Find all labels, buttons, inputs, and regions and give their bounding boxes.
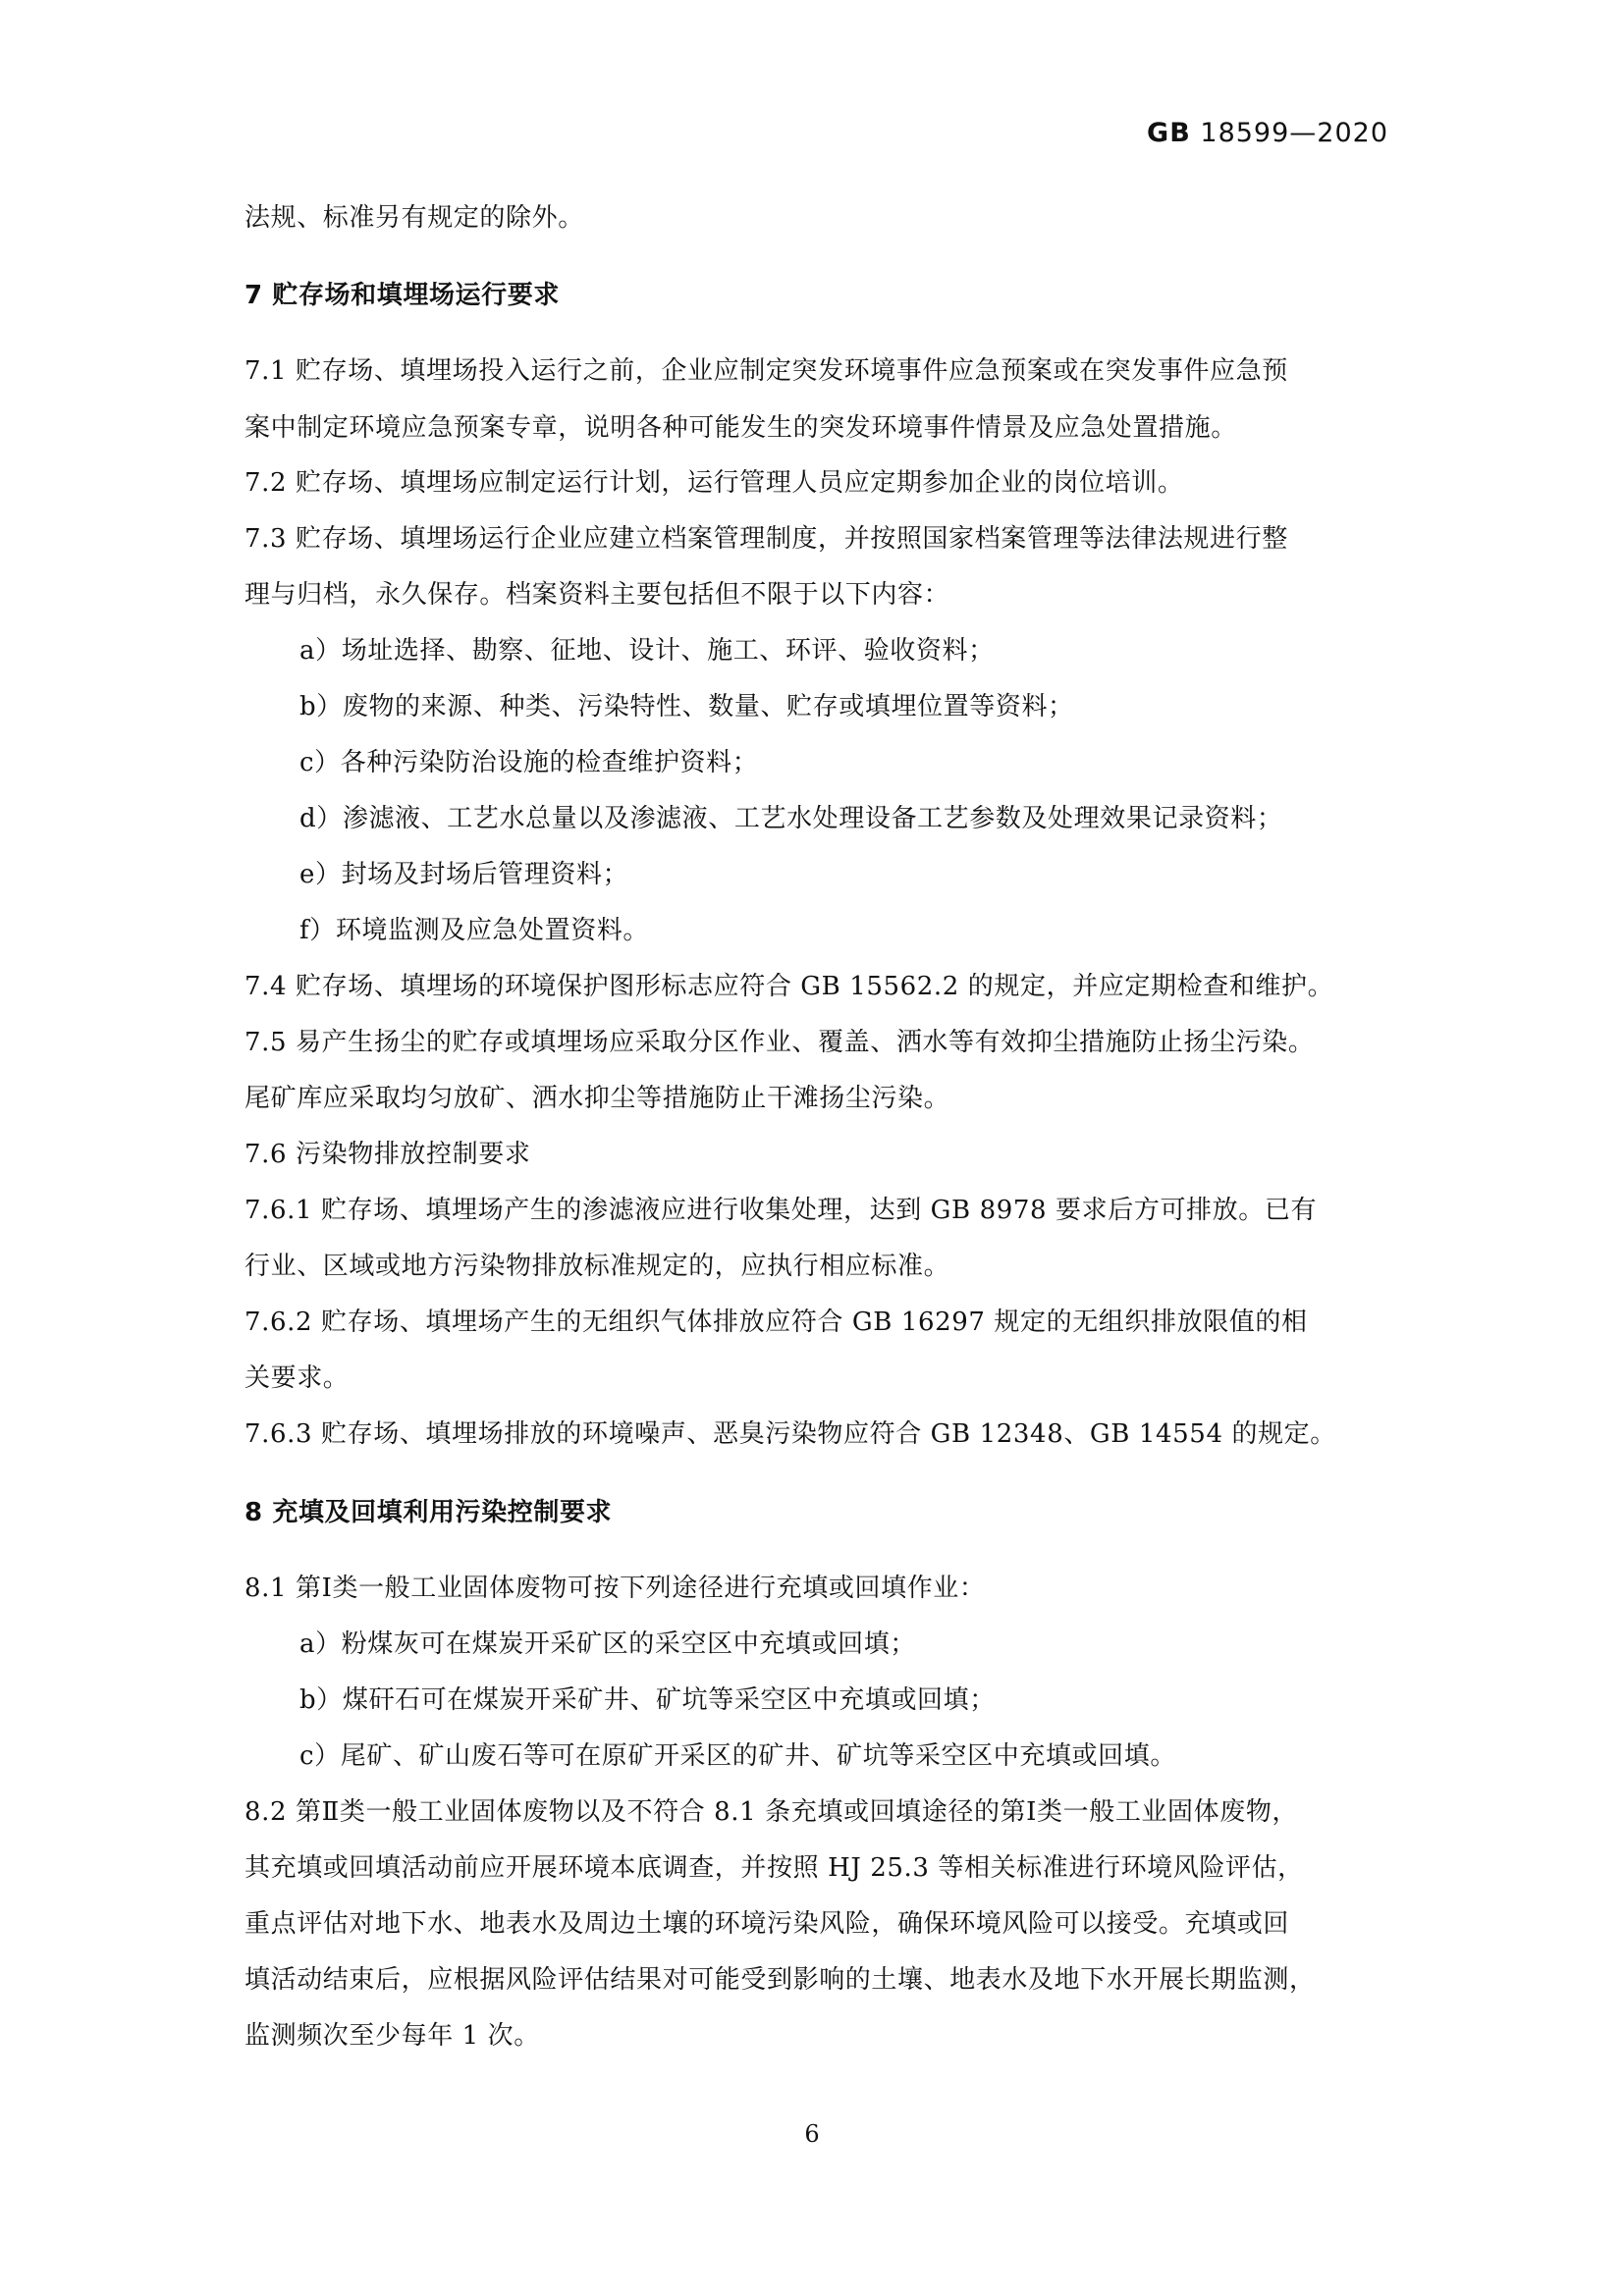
list-item: c）尾矿、矿山废石等可在原矿开采区的矿井、矿坑等采空区中充填或回填。 <box>299 1738 1176 1774</box>
list-item: b）废物的来源、种类、污染特性、数量、贮存或填埋位置等资料； <box>299 689 1074 724</box>
paragraph-line: 其充填或回填活动前应开展环境本底调查，并按照 HJ 25.3 等相关标准进行环境… <box>244 1850 1304 1886</box>
paragraph-line: 理与归档，永久保存。档案资料主要包括但不限于以下内容： <box>244 577 949 613</box>
standard-prefix: GB <box>1147 118 1191 148</box>
document-page: GB 18599—2020 法规、标准另有规定的除外。7 贮存场和填埋场运行要求… <box>0 0 1624 2296</box>
paragraph-line: 8.1 第Ⅰ类一般工业固体废物可按下列途径进行充填或回填作业： <box>244 1571 985 1606</box>
list-item: a）场址选择、勘察、征地、设计、施工、环评、验收资料； <box>299 633 995 668</box>
paragraph-line: 8.2 第Ⅱ类一般工业固体废物以及不符合 8.1 条充填或回填途径的第Ⅰ类一般工… <box>244 1794 1298 1830</box>
page-number: 6 <box>0 2120 1624 2148</box>
paragraph-line: 7.6.3 贮存场、填埋场排放的环境噪声、恶臭污染物应符合 GB 12348、G… <box>244 1416 1336 1452</box>
paragraph-line: 7.2 贮存场、填埋场应制定运行计划，运行管理人员应定期参加企业的岗位培训。 <box>244 465 1183 501</box>
paragraph-line: 监测频次至少每年 1 次。 <box>244 2018 540 2054</box>
paragraph-line: 行业、区域或地方污染物排放标准规定的，应执行相应标准。 <box>244 1249 949 1284</box>
list-item: a）粉煤灰可在煤炭开采矿区的采空区中充填或回填； <box>299 1627 916 1662</box>
list-item: f）环境监测及应急处置资料。 <box>299 913 649 948</box>
paragraph-line: 尾矿库应采取均匀放矿、洒水抑尘等措施防止干滩扬尘污染。 <box>244 1081 949 1116</box>
paragraph-line: 案中制定环境应急预案专章，说明各种可能发生的突发环境事件情景及应急处置措施。 <box>244 410 1237 446</box>
paragraph-line: 关要求。 <box>244 1361 349 1396</box>
paragraph-line: 重点评估对地下水、地表水及周边土壤的环境污染风险，确保环境风险可以接受。充填或回 <box>244 1906 1289 1942</box>
paragraph-line: 填活动结束后，应根据风险评估结果对可能受到影响的土壤、地表水及地下水开展长期监测… <box>244 1962 1316 1998</box>
list-item: e）封场及封场后管理资料； <box>299 857 628 892</box>
paragraph-line: 7.3 贮存场、填埋场运行企业应建立档案管理制度，并按照国家档案管理等法律法规进… <box>244 521 1288 557</box>
paragraph-line: 7.4 贮存场、填埋场的环境保护图形标志应符合 GB 15562.2 的规定，并… <box>244 969 1333 1004</box>
paragraph-line: 7.6.2 贮存场、填埋场产生的无组织气体排放应符合 GB 16297 规定的无… <box>244 1305 1308 1340</box>
paragraph-line: 7.5 易产生扬尘的贮存或填埋场应采取分区作业、覆盖、洒水等有效抑尘措施防止扬尘… <box>244 1025 1314 1060</box>
list-item: d）渗滤液、工艺水总量以及渗滤液、工艺水处理设备工艺参数及处理效果记录资料； <box>299 801 1282 836</box>
paragraph-line: 7.1 贮存场、填埋场投入运行之前，企业应制定突发环境事件应急预案或在突发事件应… <box>244 353 1288 389</box>
section-heading: 7 贮存场和填埋场运行要求 <box>244 278 560 313</box>
paragraph-line: 法规、标准另有规定的除外。 <box>244 200 584 236</box>
standard-code: 18599—2020 <box>1200 118 1388 148</box>
list-item: c）各种污染防治设施的检查维护资料； <box>299 745 758 780</box>
section-heading: 8 充填及回填利用污染控制要求 <box>244 1495 612 1530</box>
standard-number-header: GB 18599—2020 <box>1147 118 1388 148</box>
list-item: b）煤矸石可在煤炭开采矿井、矿坑等采空区中充填或回填； <box>299 1682 996 1718</box>
paragraph-line: 7.6.1 贮存场、填埋场产生的渗滤液应进行收集处理，达到 GB 8978 要求… <box>244 1193 1317 1228</box>
paragraph-line: 7.6 污染物排放控制要求 <box>244 1137 530 1172</box>
